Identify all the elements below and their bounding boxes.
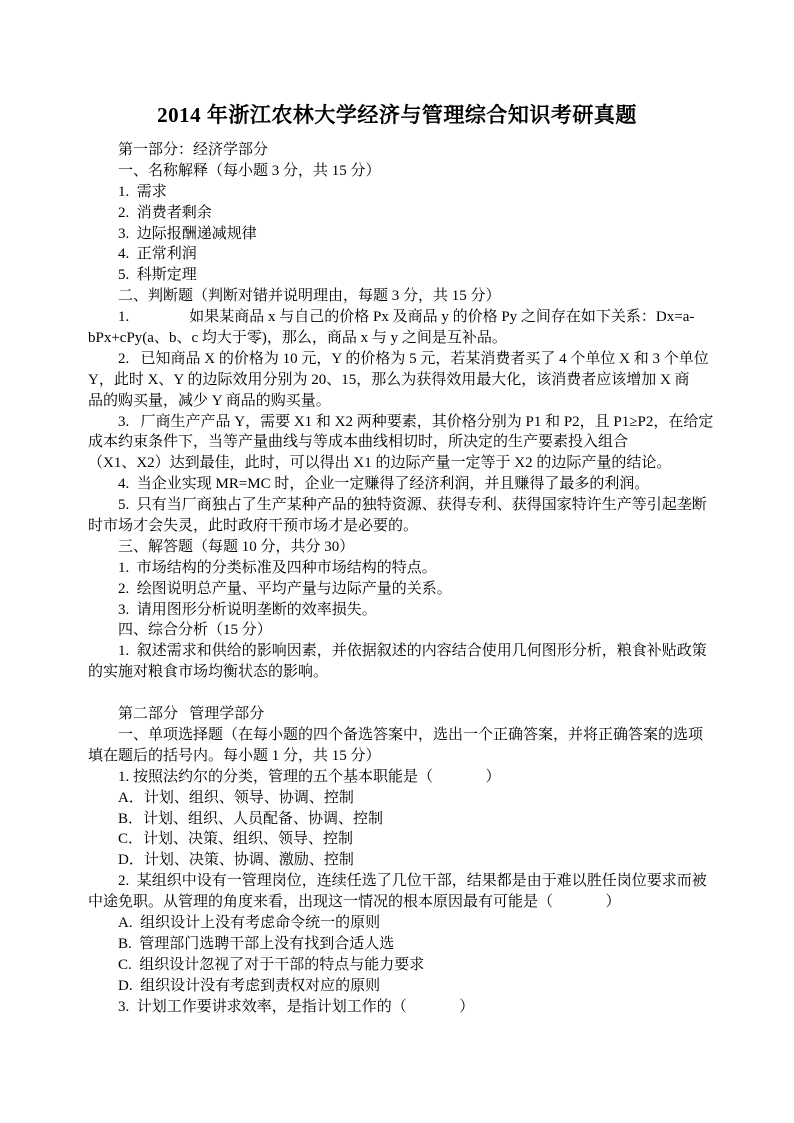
document-title: 2014 年浙江农林大学经济与管理综合知识考研真题 — [0, 101, 794, 129]
text-line: 的实施对粮食市场均衡状态的影响。 — [88, 662, 684, 683]
text-line: 四、综合分析（15 分） — [88, 620, 684, 641]
text-line: 一、名称解释（每小题 3 分，共 15 分） — [88, 161, 684, 182]
text-line: 2. 绘图说明总产量、平均产量与边际产量的关系。 — [88, 579, 684, 600]
text-line: D．计划、决策、协调、激励、控制 — [88, 850, 684, 871]
text-line: 1. 需求 — [88, 182, 684, 203]
text-line: bPx+cPy(a、b、c 均大于零)，那么，商品 x 与 y 之间是互补品。 — [88, 328, 684, 349]
text-line: 成本约束条件下，当等产量曲线与等成本曲线相切时，所决定的生产要素投入组合 — [88, 432, 684, 453]
text-line: 2. 已知商品 X 的价格为 10 元，Y 的价格为 5 元，若某消费者买了 4… — [88, 349, 684, 370]
text-line: 一、单项选择题（在每小题的四个备选答案中，选出一个正确答案，并将正确答案的选项 — [88, 725, 684, 746]
text-line: 1. 按照法约尔的分类，管理的五个基本职能是（ ） — [88, 767, 684, 788]
text-line: A. 组织设计上没有考虑命令统一的原则 — [88, 913, 684, 934]
text-line — [88, 683, 684, 704]
text-line: A．计划、组织、领导、协调、控制 — [88, 788, 684, 809]
text-line: 品的购买量，减少 Y 商品的购买量。 — [88, 391, 684, 412]
document-page: 2014 年浙江农林大学经济与管理综合知识考研真题 第一部分：经济学部分一、名称… — [0, 0, 794, 1123]
text-line: 3. 请用图形分析说明垄断的效率损失。 — [88, 600, 684, 621]
text-line: 第二部分 管理学部分 — [88, 704, 684, 725]
text-line: C．计划、决策、组织、领导、控制 — [88, 829, 684, 850]
text-line: 5. 只有当厂商独占了生产某种产品的独特资源、获得专利、获得国家特许生产等引起垄… — [88, 495, 684, 516]
text-line: 1. 叙述需求和供给的影响因素，并依据叙述的内容结合使用几何图形分析，粮食补贴政… — [88, 641, 684, 662]
text-line: 4. 正常利润 — [88, 244, 684, 265]
text-line: B．计划、组织、人员配备、协调、控制 — [88, 809, 684, 830]
text-line: 填在题后的括号内。每小题 1 分，共 15 分） — [88, 746, 684, 767]
text-line: 三、解答题（每题 10 分，共分 30） — [88, 537, 684, 558]
text-line: 3. 厂商生产产品 Y，需要 X1 和 X2 两种要素，其价格分别为 P1 和 … — [88, 412, 684, 433]
document-body: 第一部分：经济学部分一、名称解释（每小题 3 分，共 15 分）1. 需求2. … — [88, 140, 684, 1017]
text-line: B. 管理部门选聘干部上没有找到合适人选 — [88, 934, 684, 955]
text-line: D. 组织设计没有考虑到责权对应的原则 — [88, 976, 684, 997]
text-line: 3. 边际报酬递减规律 — [88, 224, 684, 245]
text-line: 4. 当企业实现 MR=MC 时，企业一定赚得了经济利润，并且赚得了最多的利润。 — [88, 474, 684, 495]
text-line: 时市场才会失灵，此时政府干预市场才是必要的。 — [88, 516, 684, 537]
text-line: Y，此时 X、Y 的边际效用分别为 20、15，那么为获得效用最大化，该消费者应… — [88, 370, 684, 391]
text-line: （X1、X2）达到最佳，此时，可以得出 X1 的边际产量一定等于 X2 的边际产… — [88, 453, 684, 474]
text-line: 中途免职。从管理的角度来看，出现这一情况的根本原因最有可能是（ ） — [88, 892, 684, 913]
text-line: 1. 市场结构的分类标准及四种市场结构的特点。 — [88, 558, 684, 579]
text-line: 1. 如果某商品 x 与自己的价格 Px 及商品 y 的价格 Py 之间存在如下… — [88, 307, 684, 328]
text-line: 二、判断题（判断对错并说明理由，每题 3 分，共 15 分） — [88, 286, 684, 307]
text-line: 5. 科斯定理 — [88, 265, 684, 286]
text-line: 2. 某组织中设有一管理岗位，连续任选了几位干部，结果都是由于难以胜任岗位要求而… — [88, 871, 684, 892]
text-line: C. 组织设计忽视了对于干部的特点与能力要求 — [88, 955, 684, 976]
text-line: 3. 计划工作要讲求效率，是指计划工作的（ ） — [88, 997, 684, 1018]
text-line: 2. 消费者剩余 — [88, 203, 684, 224]
text-line: 第一部分：经济学部分 — [88, 140, 684, 161]
